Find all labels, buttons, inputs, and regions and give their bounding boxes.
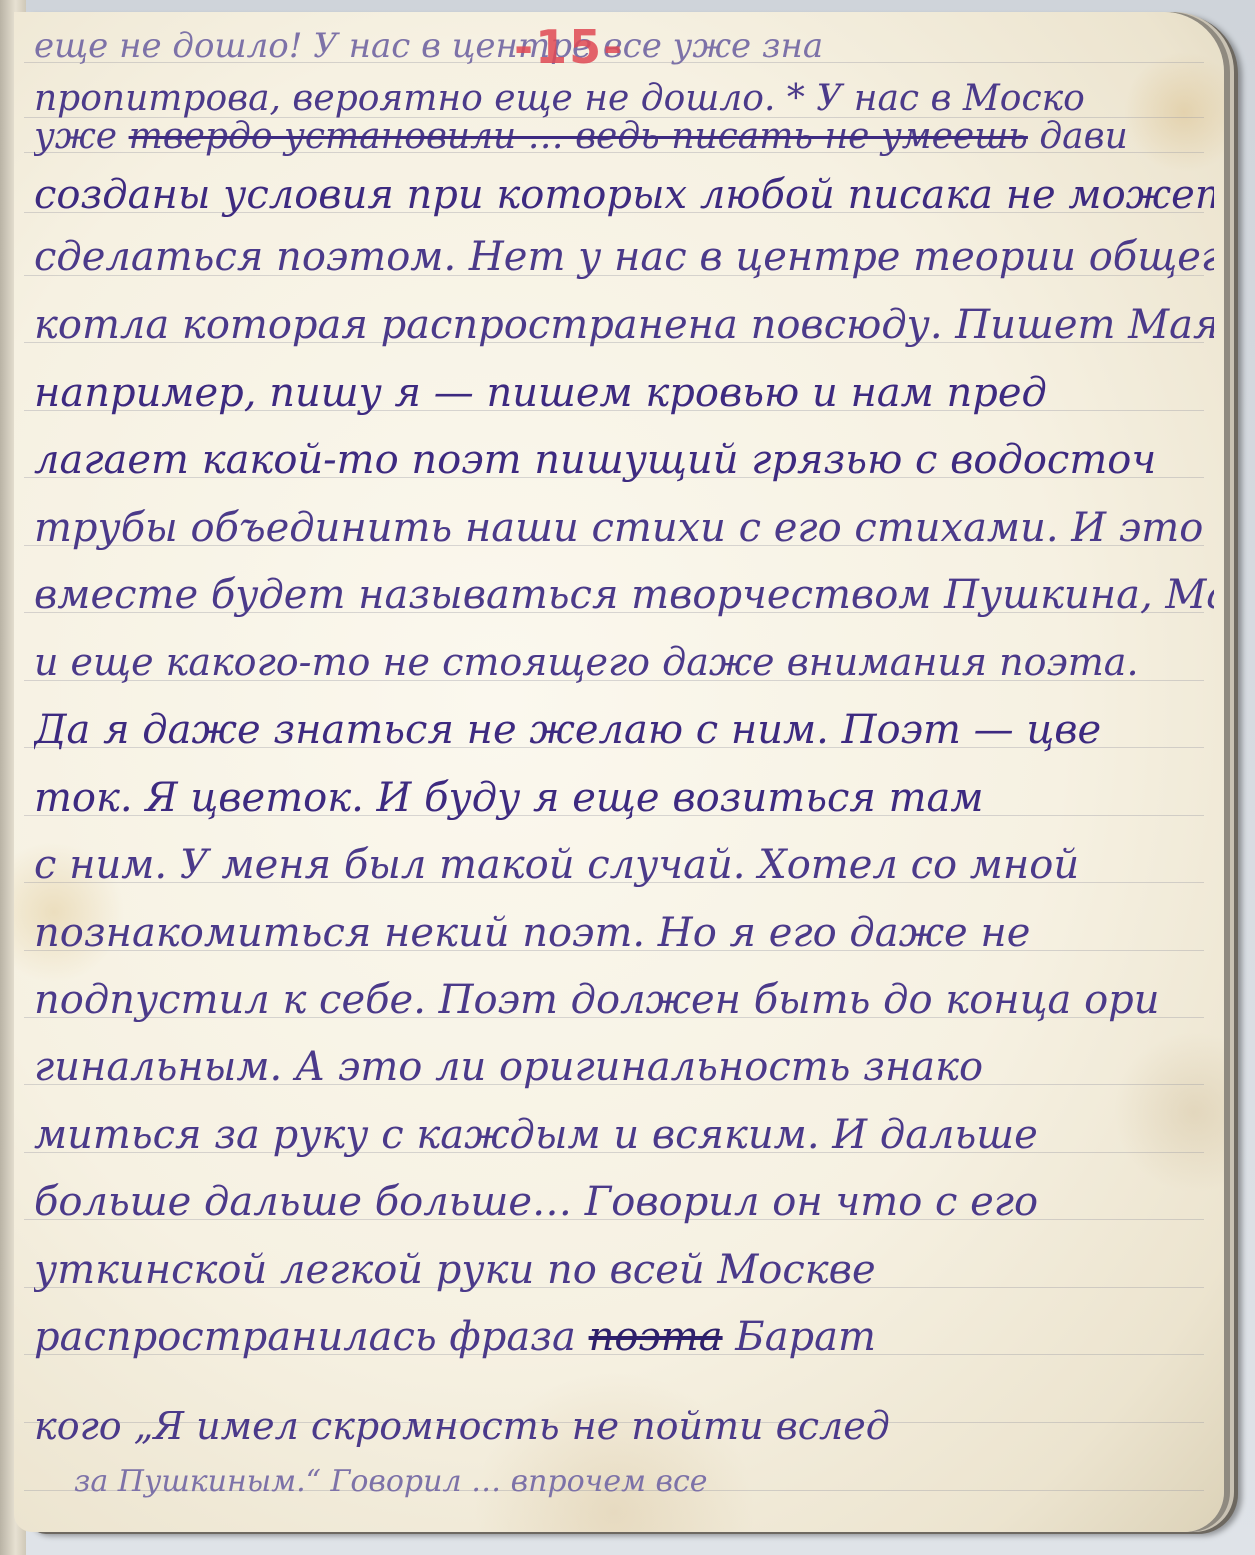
manuscript-line: сделаться поэтом. Нет у нас в центре тео… (34, 234, 1214, 280)
manuscript-line-with-strikethrough: распространилась фраза поэта Барат (34, 1314, 1214, 1360)
manuscript-line: ток. Я цветок. И буду я еще возиться там (34, 775, 1214, 821)
line-text: дави (1028, 116, 1128, 157)
line-text: распространилась фраза (34, 1314, 589, 1360)
manuscript-line: и еще какого-то не стоящего даже внимани… (34, 640, 1214, 684)
manuscript-line: созданы условия при которых любой писака… (34, 172, 1214, 218)
manuscript-line: Да я даже знаться не желаю с ним. Поэт —… (34, 707, 1214, 753)
scanned-notebook-page: -15- еще не дошло! У нас в центре все уж… (0, 0, 1255, 1555)
manuscript-line: больше дальше больше… Говорил он что с е… (34, 1179, 1214, 1225)
manuscript-line: подпустил к себе. Поэт должен быть до ко… (34, 977, 1214, 1023)
manuscript-line: за Пушкиным.“ Говорил … впрочем все (74, 1464, 1224, 1499)
manuscript-line: лагает какой-то поэт пишущий грязью с во… (34, 437, 1214, 483)
struck-out-text: твердо установили … ведь писать не умееш… (129, 116, 1028, 157)
manuscript-line-with-strikethrough: уже твердо установили … ведь писать не у… (34, 116, 1214, 157)
manuscript-line: уткинской легкой руки по всей Москве (34, 1247, 1214, 1293)
line-text: уже (34, 116, 129, 157)
manuscript-line: миться за руку с каждым и всяким. И даль… (34, 1112, 1214, 1158)
manuscript-line: вместе будет называться творчеством Пушк… (34, 572, 1214, 618)
manuscript-line: котла которая распространена повсюду. Пи… (34, 302, 1214, 348)
manuscript-line: познакомиться некий поэт. Но я его даже … (34, 910, 1214, 956)
page-number: -15- (514, 20, 624, 74)
line-text: Барат (723, 1314, 876, 1360)
manuscript-line: например, пишу я — пишем кровью и нам пр… (34, 370, 1214, 416)
manuscript-line: кого „Я имел скромность не пойти вслед (34, 1404, 1214, 1448)
struck-out-text: поэта (589, 1314, 723, 1360)
manuscript-line: гинальным. А это ли оригинальность знако (34, 1044, 1214, 1090)
manuscript-line: с ним. У меня был такой случай. Хотел со… (34, 842, 1214, 888)
manuscript-line: трубы объединить наши стихи с его стихам… (34, 505, 1214, 551)
manuscript-line: пропитрова, вероятно еще не дошло. * У н… (34, 78, 1214, 119)
notebook-page: -15- еще не дошло! У нас в центре все уж… (14, 12, 1224, 1532)
